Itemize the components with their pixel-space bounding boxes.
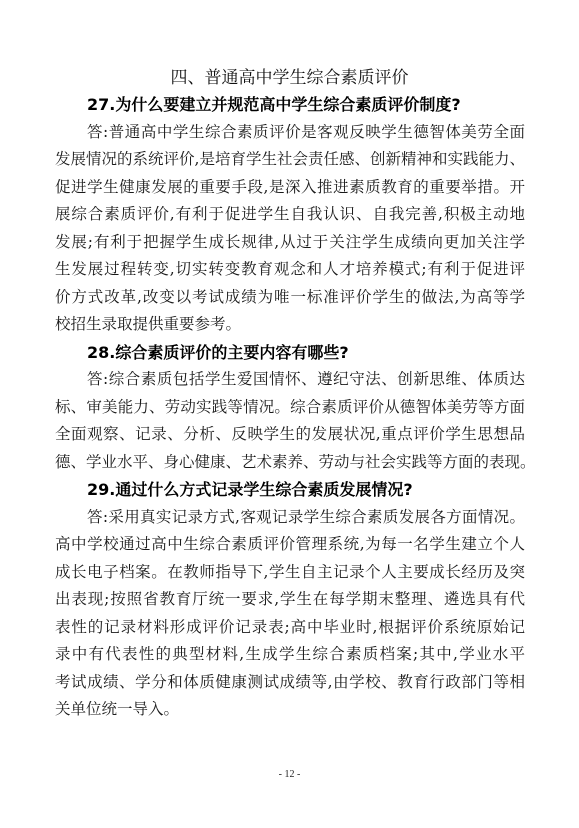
answer-line: 录中有代表性的典型材料,生成学生综合素质档案;其中,学业水平 [55, 641, 525, 668]
document-page: 四、普通高中学生综合素质评价 27.为什么要建立并规范高中学生综合素质评价制度?… [0, 0, 579, 828]
answer-line: 发展;有利于把握学生成长规律,从过于关注学生成绩向更加关注学 [55, 229, 525, 256]
page-number: - 12 - [0, 769, 579, 780]
answer-line: 德、学业水平、身心健康、艺术素养、劳动与社会实践等方面的表现。 [55, 449, 525, 476]
answer-line: 高中学校通过高中生综合素质评价管理系统,为每一名学生建立个人 [55, 531, 525, 558]
question-27-title: 27.为什么要建立并规范高中学生综合素质评价制度? [87, 91, 461, 119]
answer-line: 表性的记录材料形成评价记录表;高中毕业时,根据评价系统原始记 [55, 614, 525, 641]
answer-line: 考试成绩、学分和体质健康测试成绩等,由学校、教育行政部门等相 [55, 669, 525, 696]
answer-line: 出表现;按照省教育厅统一要求,学生在每学期末整理、遴选具有代 [55, 586, 525, 613]
answer-line: 发展情况的系统评价,是培育学生社会责任感、创新精神和实践能力、 [55, 146, 525, 173]
answer-line: 答:综合素质包括学生爱国情怀、遵纪守法、创新思维、体质达 [87, 366, 525, 393]
answer-line: 展综合素质评价,有利于促进学生自我认识、自我完善,积极主动地 [55, 201, 525, 228]
answer-line: 校招生录取提供重要参考。 [55, 311, 525, 338]
question-29-title: 29.通过什么方式记录学生综合素质发展情况? [87, 476, 413, 504]
question-28-title: 28.综合素质评价的主要内容有哪些? [87, 339, 349, 367]
answer-line: 答:采用真实记录方式,客观记录学生综合素质发展各方面情况。 [87, 504, 525, 531]
answer-line: 全面观察、记录、分析、反映学生的发展状况,重点评价学生思想品 [55, 421, 525, 448]
answer-line: 生发展过程转变,切实转变教育观念和人才培养模式;有利于促进评 [55, 256, 525, 283]
section-title: 四、普通高中学生综合素质评价 [0, 64, 579, 92]
answer-line: 关单位统一导入。 [55, 696, 525, 723]
answer-line: 答:普通高中学生综合素质评价是客观反映学生德智体美劳全面 [87, 119, 525, 146]
answer-line: 促进学生健康发展的重要手段,是深入推进素质教育的重要举措。开 [55, 174, 525, 201]
answer-line: 标、审美能力、劳动实践等情况。综合素质评价从德智体美劳等方面 [55, 394, 525, 421]
answer-line: 成长电子档案。在教师指导下,学生自主记录个人主要成长经历及突 [55, 559, 525, 586]
answer-line: 价方式改革,改变以考试成绩为唯一标准评价学生的做法,为高等学 [55, 284, 525, 311]
